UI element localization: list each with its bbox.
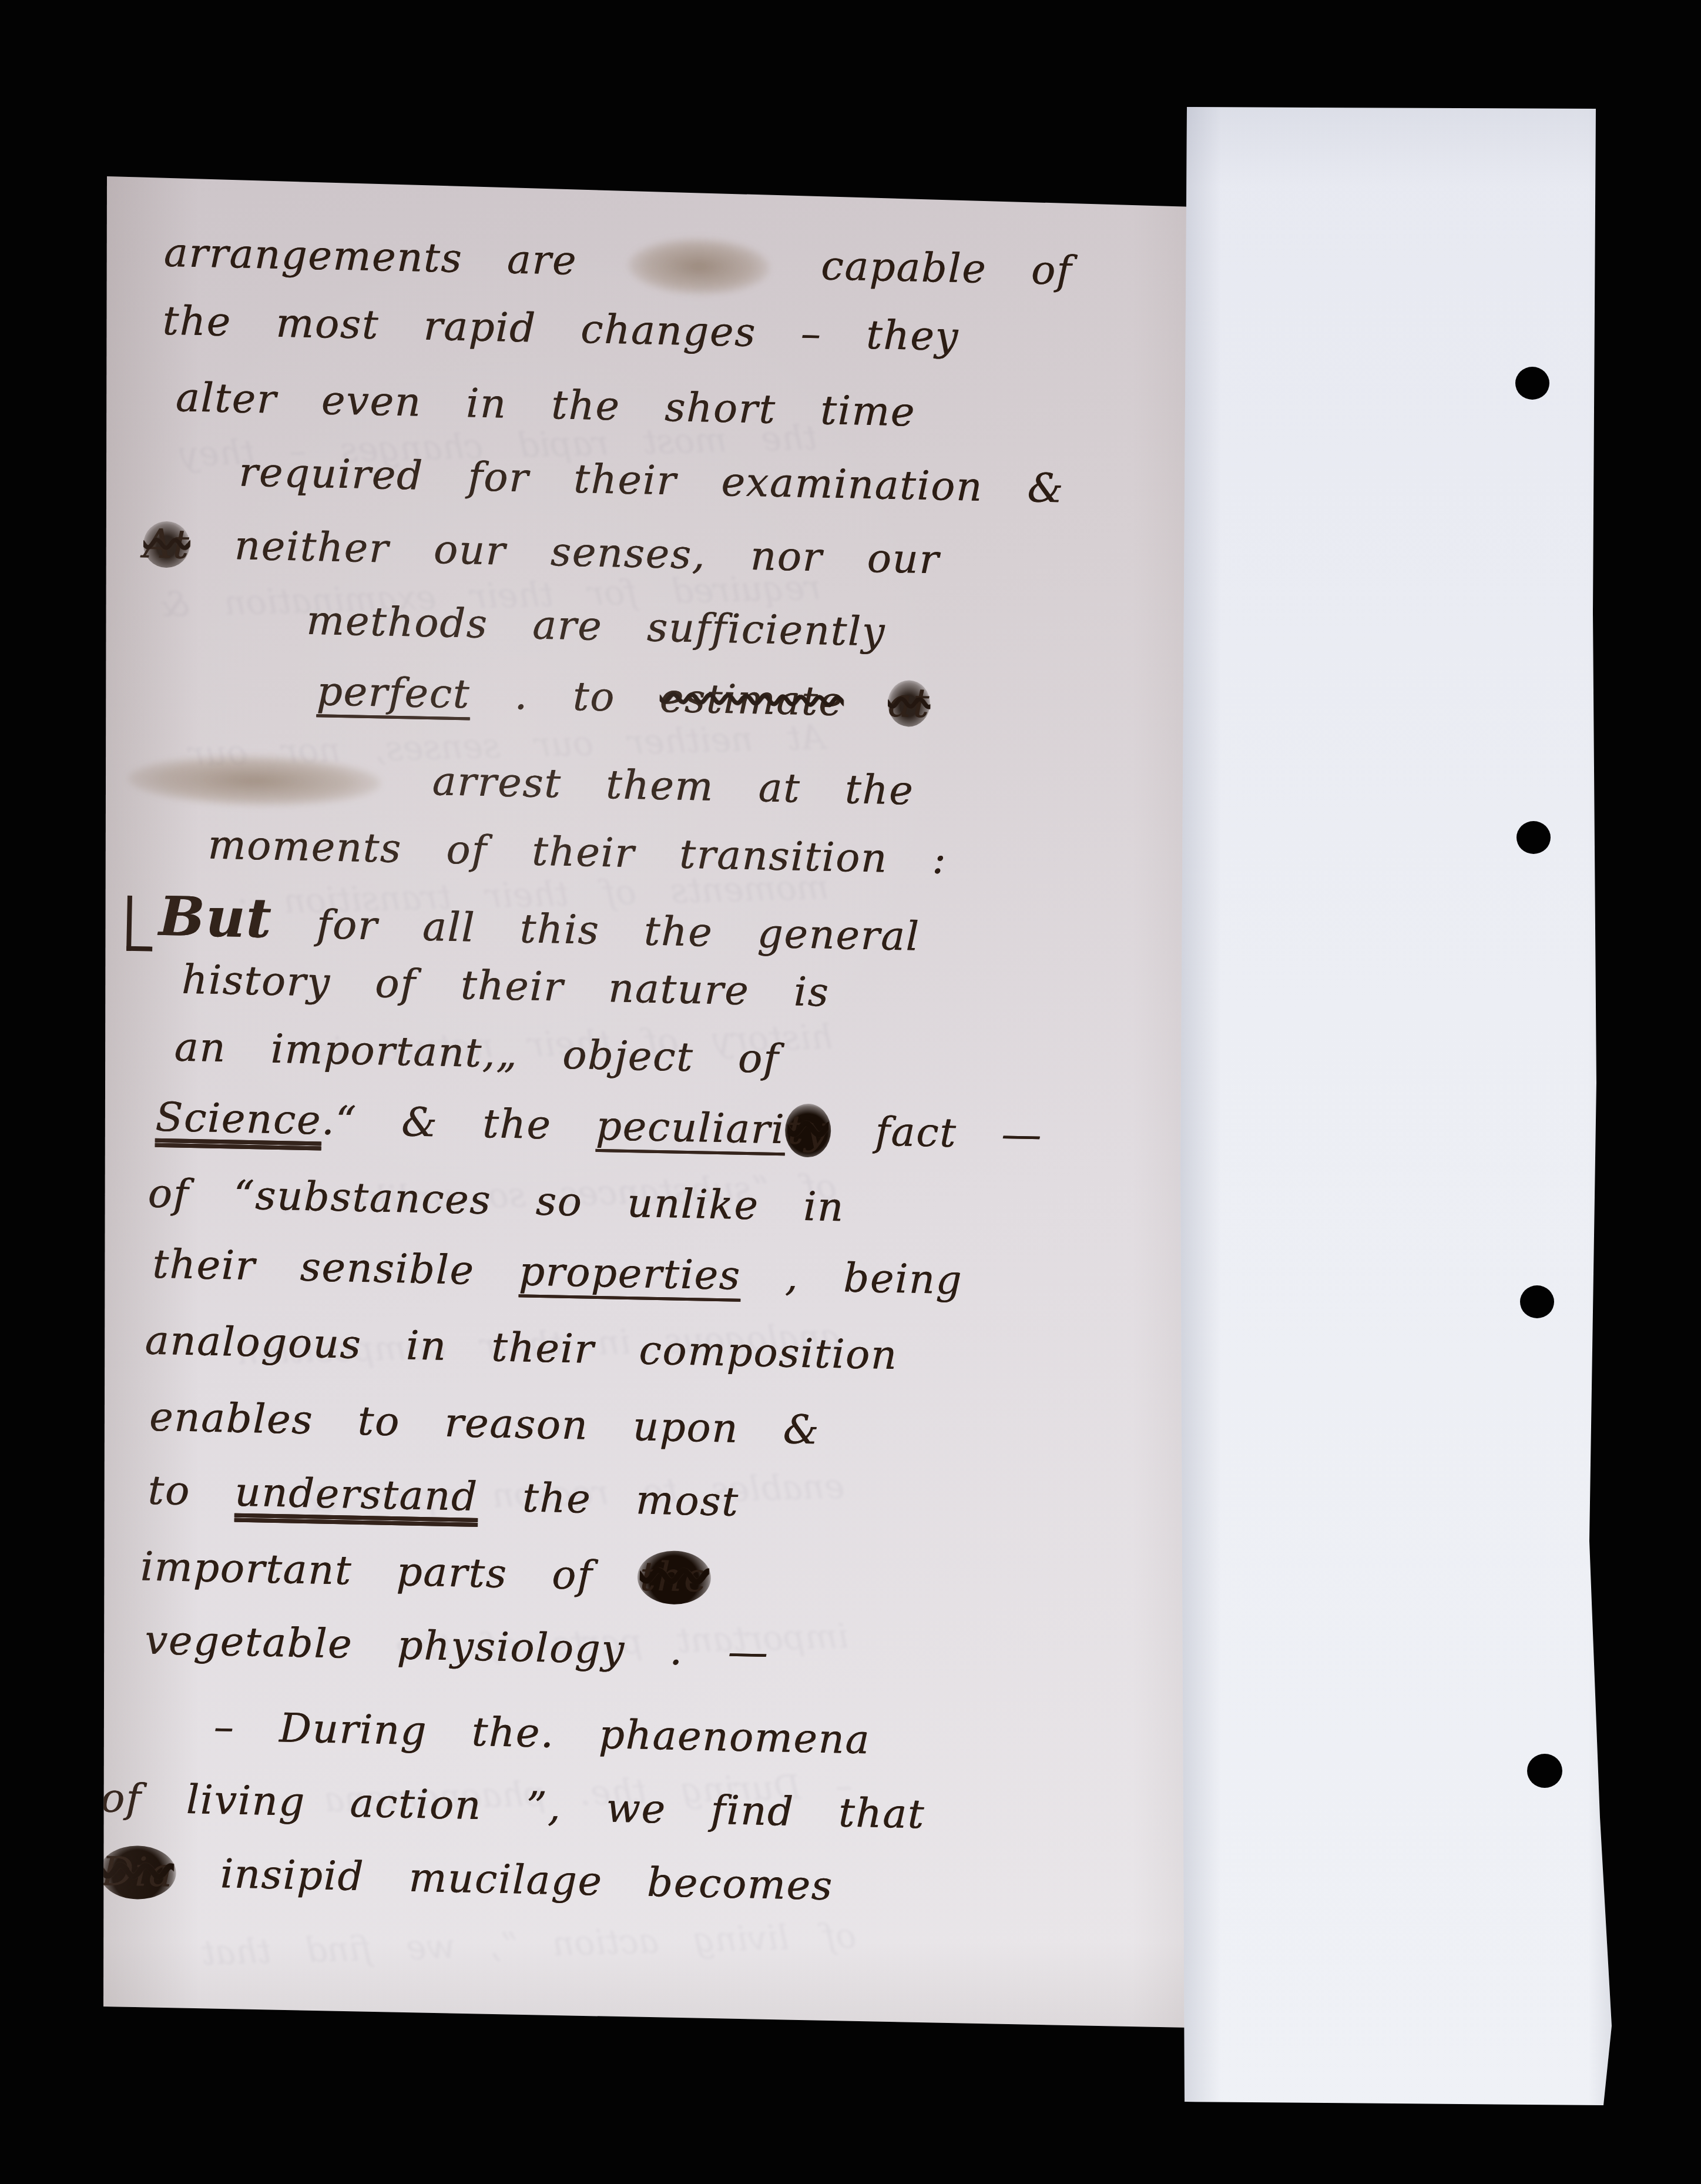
manuscript-line: – During the. phaenomena: [213, 1707, 871, 1786]
text-run: understand: [234, 1469, 478, 1520]
text-run: required for their examination &: [239, 449, 1065, 512]
punch-hole: [1517, 821, 1551, 854]
struck-out-text: ty: [784, 1103, 831, 1158]
manuscript-line: required for their examination &: [238, 453, 1065, 535]
manuscript-line: an important,„ object of: [173, 1027, 780, 1106]
manuscript-line: methods are sufficiently: [306, 601, 886, 679]
text-run: capable of: [776, 242, 1073, 294]
manuscript-line: arrangements are capable of: [163, 228, 1073, 312]
text-run: of “substances so unlike in: [147, 1171, 845, 1231]
manuscript-line: Dia insipid mucilage becomes: [98, 1852, 833, 1932]
handwritten-text-layer: arrangements are capable ofthe most rapi…: [63, 168, 1199, 2056]
text-run: alter even in the short time: [175, 374, 916, 436]
manuscript-line: important parts of the: [139, 1547, 711, 1624]
manuscript-line: vegetable physiology . —: [144, 1621, 769, 1699]
text-run: their sensible: [152, 1241, 519, 1295]
manuscript-line: perfect . to estimate at: [316, 672, 930, 750]
text-run: arrest them at the: [387, 758, 914, 815]
text-run: the most: [478, 1474, 740, 1526]
strip-shading: [1177, 107, 1615, 2106]
text-run: fact —: [830, 1108, 1043, 1158]
text-run: analogous in their composition: [145, 1318, 898, 1379]
manuscript-line: the most rapid changes – they: [162, 302, 959, 383]
text-run: . to: [469, 671, 660, 721]
text-run: [843, 679, 888, 726]
manuscript-line: to understand the most: [147, 1471, 739, 1549]
manuscript-line: of living action ”, we find that: [100, 1778, 925, 1861]
manuscript-line: enables to reason upon &: [149, 1398, 820, 1477]
text-run: Science: [155, 1094, 322, 1144]
text-run: arrangements are: [163, 230, 622, 286]
text-run: neither our senses, nor our: [189, 522, 940, 584]
punch-hole: [1515, 367, 1549, 400]
manuscript-line: Science.“ & the peculiarity fact —: [155, 1098, 1043, 1181]
text-run: peculiari: [595, 1103, 785, 1153]
punch-hole: [1527, 1754, 1562, 1788]
manuscript-line: of “substances so unlike in: [147, 1174, 844, 1254]
struck-out-text: at: [887, 680, 930, 727]
struck-out-text: the: [637, 1550, 712, 1604]
text-run: properties: [518, 1248, 741, 1299]
ink-smudge: [128, 753, 381, 809]
struck-out-text: Dia: [99, 1845, 177, 1900]
text-run: important parts of: [140, 1543, 638, 1600]
manuscript-page: the most rapid changes – theyrequired fo…: [100, 169, 1199, 2035]
blank-paper-strip: [1177, 107, 1615, 2106]
text-run: to: [147, 1468, 235, 1516]
text-run: insipid mucilage becomes: [176, 1850, 834, 1910]
manuscript-line: their sensible properties , being: [152, 1245, 963, 1327]
text-run: methods are sufficiently: [306, 598, 886, 656]
manuscript-line: alter even in the short time: [175, 378, 915, 458]
insertion-mark: [126, 896, 153, 952]
text-run: – During the. phaenomena: [213, 1704, 871, 1763]
text-run: .“ & the: [321, 1097, 596, 1149]
ink-smudge: [628, 237, 770, 296]
text-run: for all this the general: [271, 901, 920, 960]
punch-hole: [1520, 1285, 1554, 1318]
text-run: But: [158, 885, 273, 950]
struck-out-text: estimate: [659, 675, 844, 725]
manuscript-line: analogous in their composition: [144, 1321, 898, 1402]
photograph-background: the most rapid changes – theyrequired fo…: [0, 0, 1701, 2184]
text-run: vegetable physiology . —: [145, 1617, 770, 1676]
text-run: enables to reason upon &: [149, 1394, 820, 1454]
struck-out-text: At: [143, 521, 190, 568]
text-run: perfect: [316, 668, 471, 718]
manuscript-line: At neither our senses, nor our: [142, 524, 940, 606]
text-run: , being: [740, 1253, 963, 1304]
